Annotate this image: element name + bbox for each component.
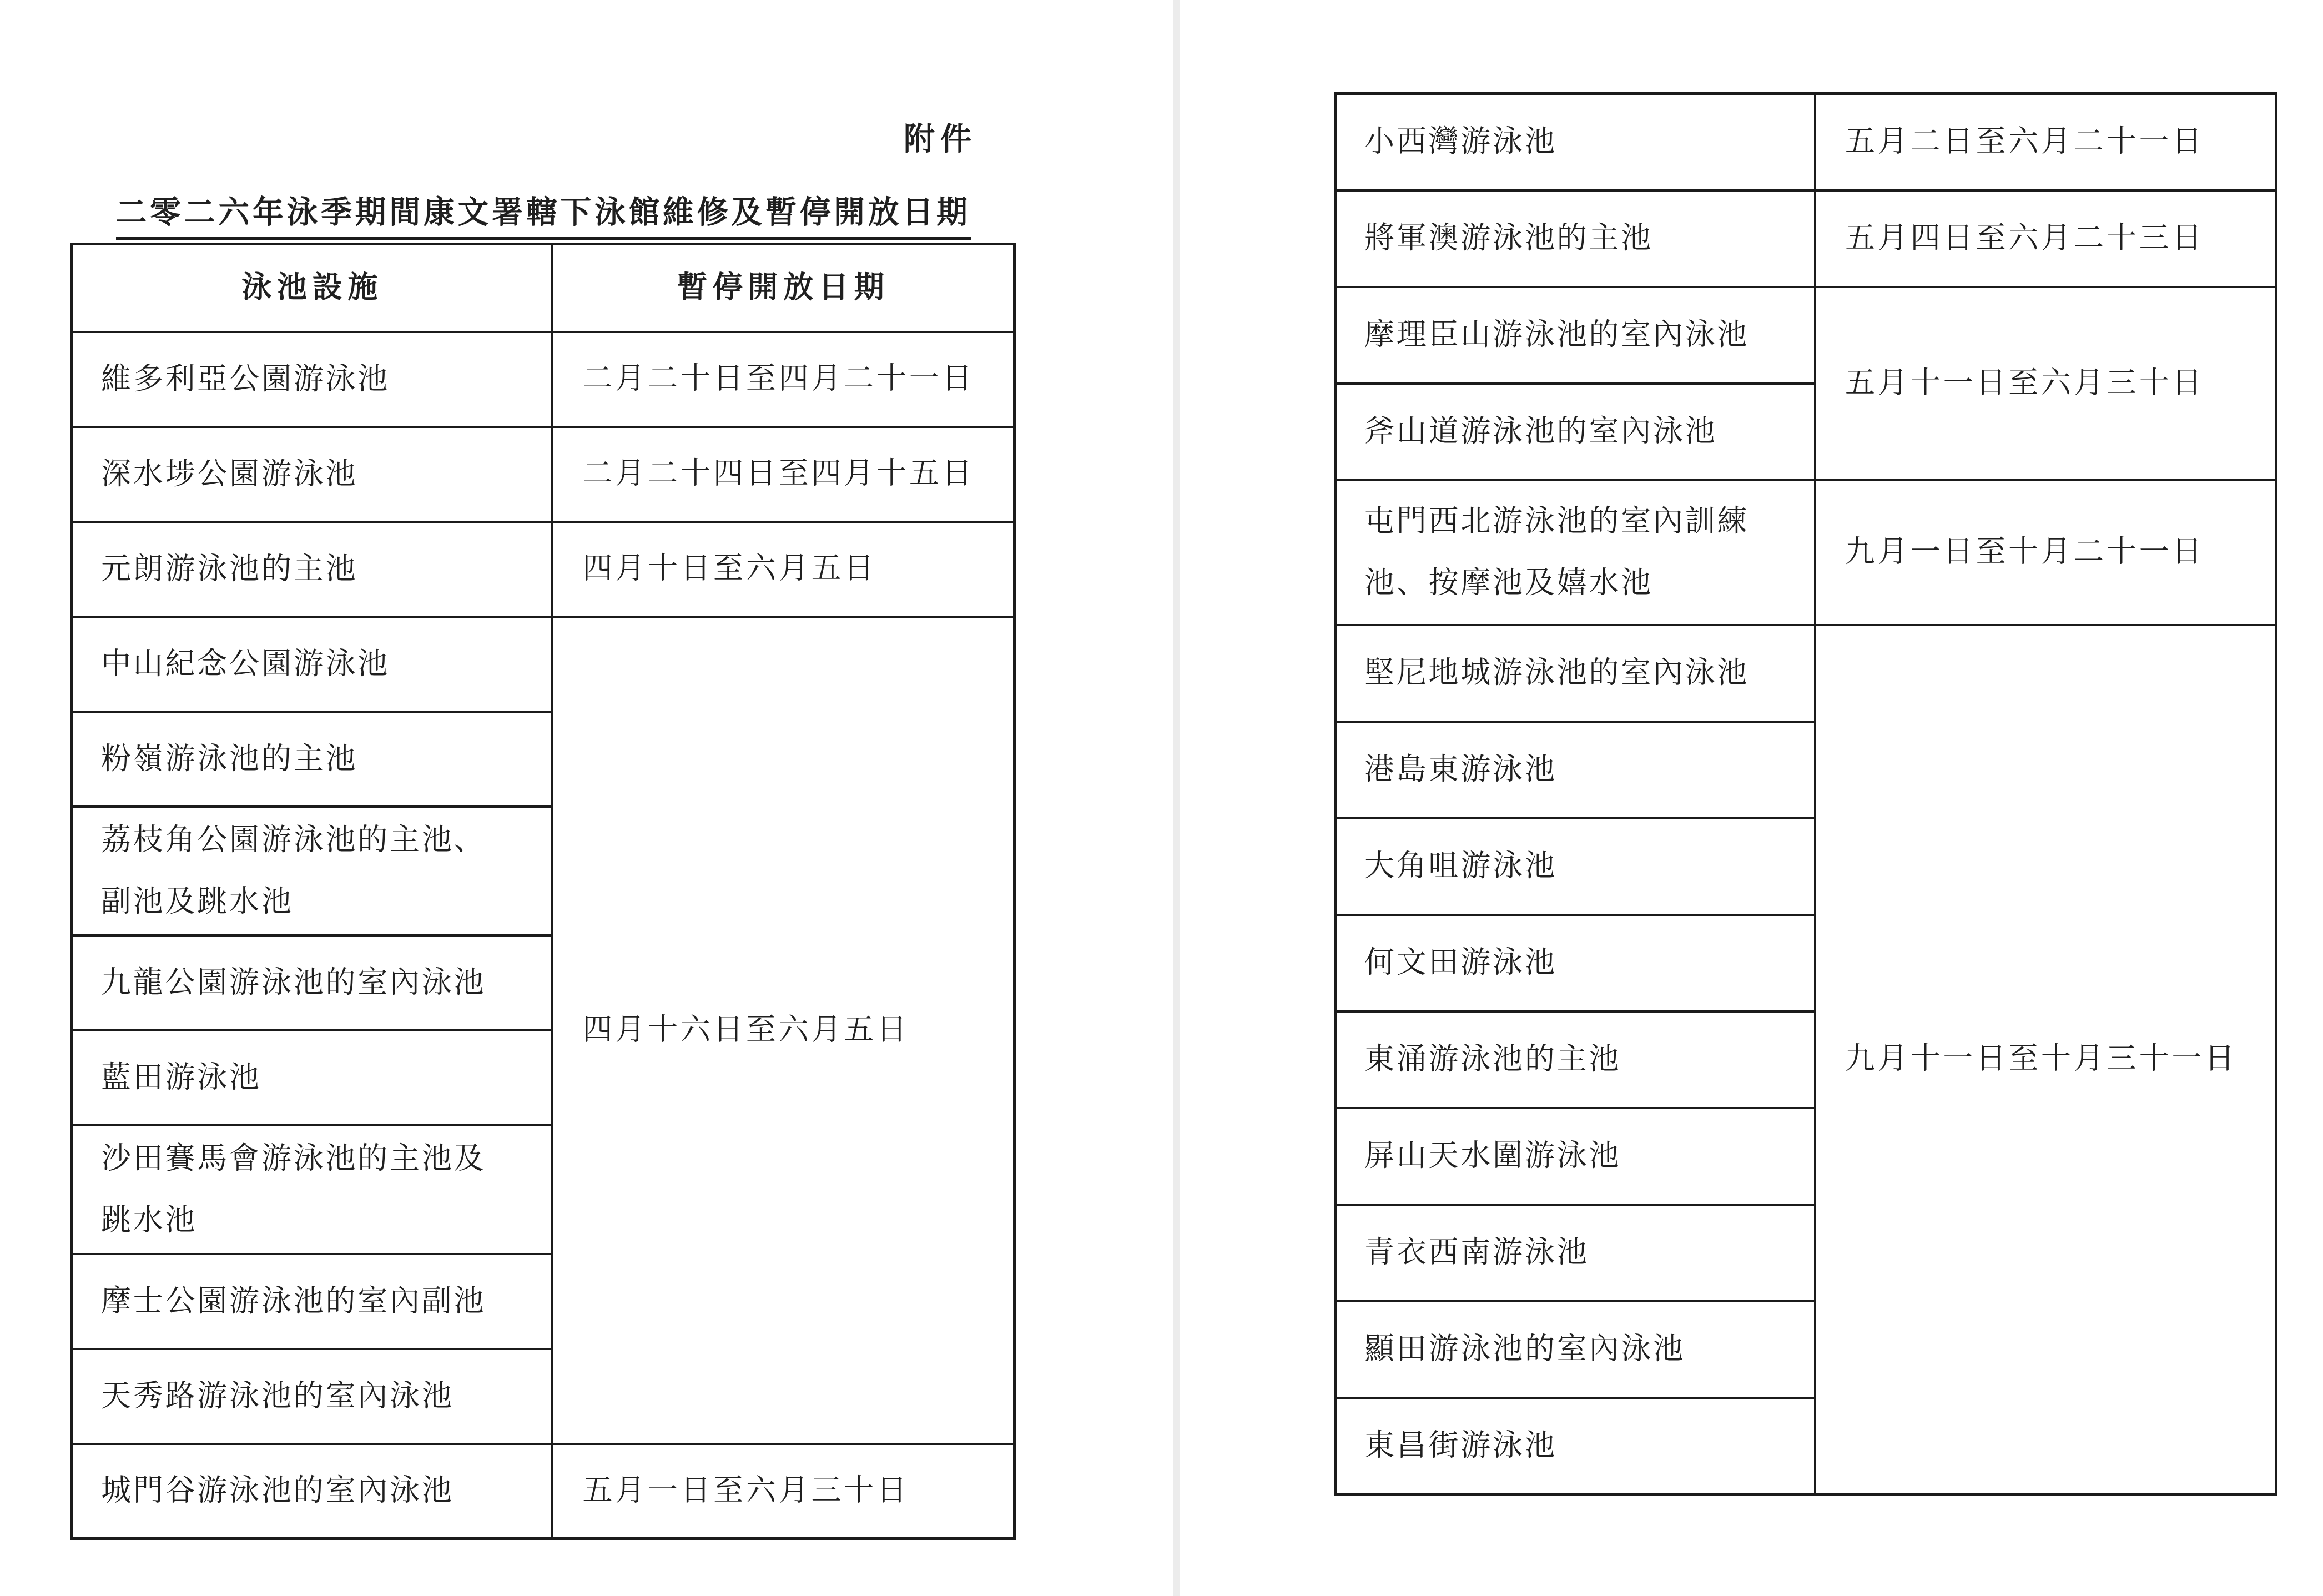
right-pool-table: 小西灣游泳池五月二日至六月二十一日將軍澳游泳池的主池五月四日至六月二十三日摩理臣… xyxy=(1334,92,2277,1496)
pool-cell: 將軍澳游泳池的主池 xyxy=(1336,190,1815,287)
table-row: 元朗游泳池的主池四月十日至六月五日 xyxy=(72,522,1015,617)
pool-name-line: 池、按摩池及嬉水池 xyxy=(1364,552,1803,614)
pool-name-line: 跳水池 xyxy=(101,1190,540,1251)
pool-name-line: 粉嶺游泳池的主池 xyxy=(101,728,540,790)
pool-name-line: 副池及跳水池 xyxy=(101,871,540,933)
pool-cell: 元朗游泳池的主池 xyxy=(72,522,553,617)
table-row: 將軍澳游泳池的主池五月四日至六月二十三日 xyxy=(1336,190,2276,287)
pool-name-line: 斧山道游泳池的室內泳池 xyxy=(1364,401,1803,462)
table-row: 城門谷游泳池的室內泳池五月一日至六月三十日 xyxy=(72,1444,1015,1539)
pool-cell: 荔枝角公園游泳池的主池、副池及跳水池 xyxy=(72,807,553,935)
pool-name-line: 東昌街游泳池 xyxy=(1364,1415,1803,1477)
pool-cell: 天秀路游泳池的室內泳池 xyxy=(72,1349,553,1444)
date-cell: 四月十日至六月五日 xyxy=(552,522,1014,617)
pool-name-line: 荔枝角公園游泳池的主池、 xyxy=(101,809,540,871)
date-cell: 五月二日至六月二十一日 xyxy=(1815,94,2276,190)
date-cell: 五月一日至六月三十日 xyxy=(552,1444,1014,1539)
pool-cell: 摩理臣山游泳池的室內泳池 xyxy=(1336,287,1815,384)
table-row: 小西灣游泳池五月二日至六月二十一日 xyxy=(1336,94,2276,190)
page-title-text: 二零二六年泳季期間康文署轄下泳館維修及暫停開放日期 xyxy=(116,188,971,240)
pool-name-line: 九龍公園游泳池的室內泳池 xyxy=(101,952,540,1014)
pool-name-line: 藍田游泳池 xyxy=(101,1047,540,1109)
pool-name-line: 摩士公園游泳池的室內副池 xyxy=(101,1271,540,1332)
pool-cell: 何文田游泳池 xyxy=(1336,915,1815,1011)
pool-cell: 青衣西南游泳池 xyxy=(1336,1205,1815,1301)
table-row: 中山紀念公園游泳池四月十六日至六月五日 xyxy=(72,617,1015,712)
pool-cell: 中山紀念公園游泳池 xyxy=(72,617,553,712)
pool-cell: 東昌街游泳池 xyxy=(1336,1398,1815,1494)
pool-cell: 九龍公園游泳池的室內泳池 xyxy=(72,935,553,1030)
pool-cell: 斧山道游泳池的室內泳池 xyxy=(1336,384,1815,480)
pool-name-line: 東涌游泳池的主池 xyxy=(1364,1029,1803,1090)
pool-cell: 粉嶺游泳池的主池 xyxy=(72,712,553,807)
pool-cell: 維多利亞公園游泳池 xyxy=(72,332,553,427)
pool-name-line: 深水埗公園游泳池 xyxy=(101,444,540,505)
pool-cell: 港島東游泳池 xyxy=(1336,722,1815,818)
pool-cell: 沙田賽馬會游泳池的主池及跳水池 xyxy=(72,1125,553,1254)
date-cell: 五月十一日至六月三十日 xyxy=(1815,287,2276,480)
table-row: 維多利亞公園游泳池二月二十日至四月二十一日 xyxy=(72,332,1015,427)
pool-name-line: 城門谷游泳池的室內泳池 xyxy=(101,1460,540,1522)
column-header-dates: 暫停開放日期 xyxy=(552,244,1014,332)
pool-cell: 屯門西北游泳池的室內訓練池、按摩池及嬉水池 xyxy=(1336,480,1815,625)
pool-name-line: 堅尼地城游泳池的室內泳池 xyxy=(1364,642,1803,704)
pool-name-line: 港島東游泳池 xyxy=(1364,739,1803,800)
date-cell: 二月二十日至四月二十一日 xyxy=(552,332,1014,427)
column-header-facility: 泳池設施 xyxy=(72,244,553,332)
pool-cell: 屏山天水圍游泳池 xyxy=(1336,1108,1815,1205)
date-cell: 九月一日至十月二十一日 xyxy=(1815,480,2276,625)
table-row: 摩理臣山游泳池的室內泳池五月十一日至六月三十日 xyxy=(1336,287,2276,384)
pool-name-line: 屯門西北游泳池的室內訓練 xyxy=(1364,491,1803,552)
pool-cell: 藍田游泳池 xyxy=(72,1030,553,1125)
pool-name-line: 何文田游泳池 xyxy=(1364,932,1803,994)
pool-name-line: 將軍澳游泳池的主池 xyxy=(1364,208,1803,269)
pool-name-line: 屏山天水圍游泳池 xyxy=(1364,1125,1803,1187)
pool-name-line: 中山紀念公園游泳池 xyxy=(101,633,540,695)
attachment-label: 附件 xyxy=(904,114,977,159)
date-cell: 二月二十四日至四月十五日 xyxy=(552,427,1014,522)
pool-cell: 城門谷游泳池的室內泳池 xyxy=(72,1444,553,1539)
pool-name-line: 摩理臣山游泳池的室內泳池 xyxy=(1364,304,1803,366)
pool-name-line: 沙田賽馬會游泳池的主池及 xyxy=(101,1128,540,1190)
pool-cell: 東涌游泳池的主池 xyxy=(1336,1011,1815,1108)
page-title: 二零二六年泳季期間康文署轄下泳館維修及暫停開放日期 xyxy=(70,188,1016,240)
pool-name-line: 維多利亞公園游泳池 xyxy=(101,349,540,410)
pool-cell: 摩士公園游泳池的室內副池 xyxy=(72,1254,553,1349)
pool-name-line: 大角咀游泳池 xyxy=(1364,835,1803,897)
pool-name-line: 顯田游泳池的室內泳池 xyxy=(1364,1318,1803,1380)
pool-name-line: 天秀路游泳池的室內泳池 xyxy=(101,1366,540,1427)
pool-name-line: 青衣西南游泳池 xyxy=(1364,1222,1803,1283)
pool-name-line: 小西灣游泳池 xyxy=(1364,111,1803,173)
document-canvas: 附件 二零二六年泳季期間康文署轄下泳館維修及暫停開放日期 泳池設施 暫停開放日期… xyxy=(0,0,2323,1596)
pool-cell: 顯田游泳池的室內泳池 xyxy=(1336,1301,1815,1398)
table-row: 堅尼地城游泳池的室內泳池九月十一日至十月三十一日 xyxy=(1336,625,2276,722)
pool-cell: 深水埗公園游泳池 xyxy=(72,427,553,522)
pool-name-line: 元朗游泳池的主池 xyxy=(101,538,540,600)
table-row: 深水埗公園游泳池二月二十四日至四月十五日 xyxy=(72,427,1015,522)
table-row: 屯門西北游泳池的室內訓練池、按摩池及嬉水池九月一日至十月二十一日 xyxy=(1336,480,2276,625)
date-cell: 九月十一日至十月三十一日 xyxy=(1815,625,2276,1494)
date-cell: 四月十六日至六月五日 xyxy=(552,617,1014,1444)
pool-cell: 大角咀游泳池 xyxy=(1336,818,1815,915)
pool-cell: 堅尼地城游泳池的室內泳池 xyxy=(1336,625,1815,722)
page-left: 附件 二零二六年泳季期間康文署轄下泳館維修及暫停開放日期 泳池設施 暫停開放日期… xyxy=(0,0,1173,1596)
left-pool-table: 泳池設施 暫停開放日期 維多利亞公園游泳池二月二十日至四月二十一日深水埗公園游泳… xyxy=(70,243,1016,1540)
header-row: 泳池設施 暫停開放日期 xyxy=(72,244,1015,332)
date-cell: 五月四日至六月二十三日 xyxy=(1815,190,2276,287)
pool-cell: 小西灣游泳池 xyxy=(1336,94,1815,190)
page-separator xyxy=(1173,0,1180,1596)
